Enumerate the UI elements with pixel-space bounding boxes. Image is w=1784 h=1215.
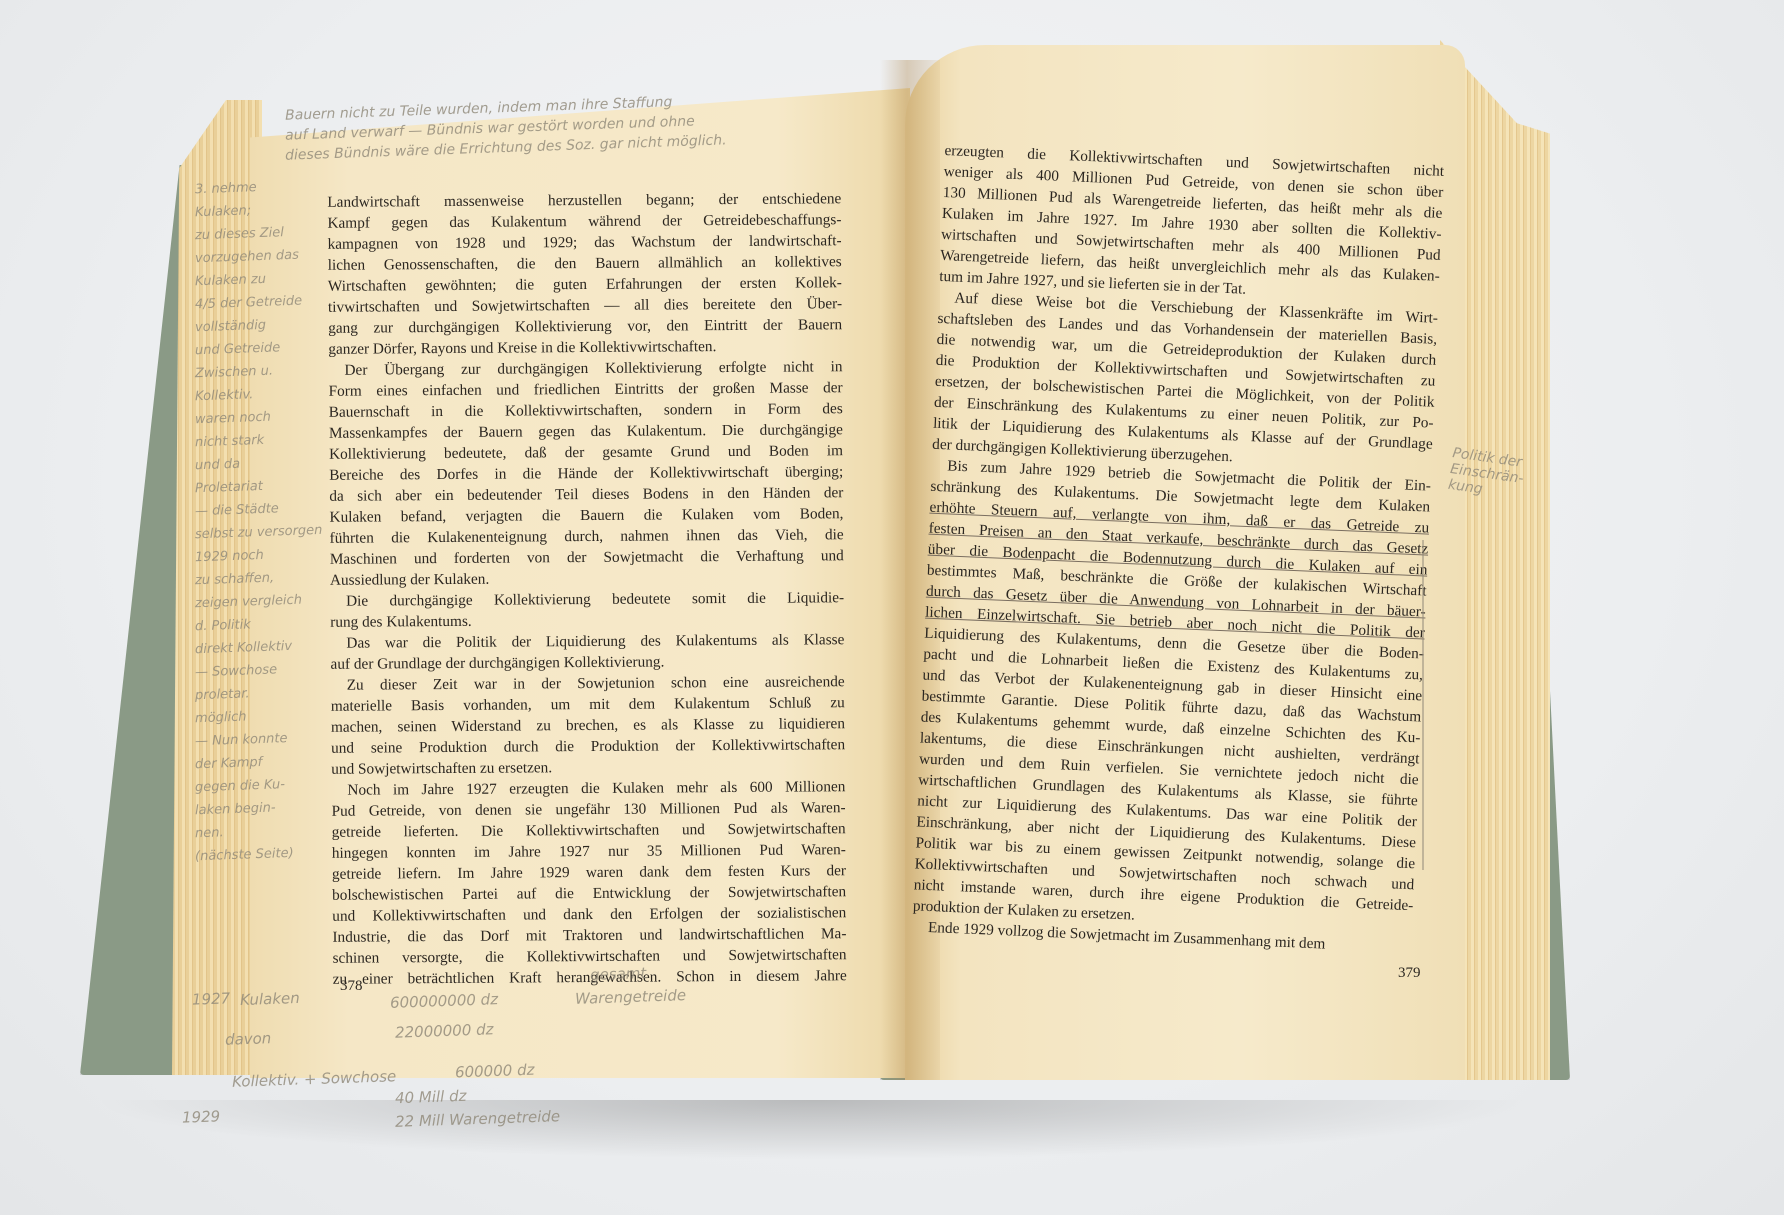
handwritten-note: vollständig [195,316,325,336]
handwritten-note: (nächste Seite) [195,845,325,865]
handwritten-note: zu dieses Ziel [195,224,325,244]
handwritten-note: d. Politik [195,615,325,635]
handwritten-note: direkt Kollektiv [195,638,325,658]
handwritten-note: und Getreide [195,339,325,359]
handwritten-note: Kulaken zu [195,270,325,290]
handwritten-note: laken begin- [195,799,325,819]
handwritten-note: 3. nehme [195,178,325,198]
handwritten-note: davon [225,1029,272,1049]
handwritten-note: — Nun konnte [195,730,325,750]
handwritten-note: gesamt [590,964,647,984]
handwritten-left-margin: 3. nehme Kulaken; zu dieses Ziel vorzuge… [195,180,325,870]
handwritten-top-notes: Bauern nicht zu Teile wurden, indem man … [285,100,727,160]
handwritten-note: 4/5 der Getreide [195,293,325,313]
handwritten-note: Kulaken; [195,201,325,221]
handwritten-note: 1929 noch [195,546,325,566]
handwritten-note: 40 Mill dz [395,1087,467,1107]
page-number-left: 378 [340,978,363,995]
text-line: Das war die Politik der Liquidierung des… [330,629,844,654]
handwritten-note: Zwischen u. [195,362,325,382]
handwritten-note: gegen die Ku- [195,776,325,796]
right-page-text: erzeugten die Kollektivwirtschaften und … [912,140,1445,958]
handwritten-note: zeigen vergleich [195,592,325,612]
book-shadow [90,1100,1540,1160]
text-line: und seine Produktion durch die Produktio… [331,734,845,759]
handwritten-note: — Sowchose [195,661,325,681]
text-line: Die durchgängige Kollektivierung bedeute… [330,587,844,612]
handwritten-note: nen. [195,822,325,842]
pencil-margin-line [1422,540,1424,870]
handwritten-note: nicht stark [195,431,325,451]
handwritten-note: vorzugehen das [195,247,325,267]
handwritten-note: zu schaffen, [195,569,325,589]
handwritten-note: Kulaken [240,989,300,1009]
handwritten-note: 600000 dz [455,1061,535,1082]
left-page-text: Landwirtschaft massenweise herzustellen … [327,188,847,990]
text-line: Maschinen und forderten von der Sowjetma… [330,545,844,570]
handwritten-note: 600000000 dz [390,990,499,1012]
handwritten-note: 1927 [192,989,231,1008]
handwritten-note: waren noch [195,408,325,428]
handwritten-note: Warengetreide [575,986,687,1008]
handwritten-note: und da [195,454,325,474]
handwritten-note: 22000000 dz [395,1020,494,1041]
handwritten-note: Proletariat [195,477,325,497]
handwritten-note: der Kampf [195,753,325,773]
text-line: gang zur durchgängigen Kollektivierung v… [328,314,842,339]
handwritten-note: — die Städte [195,500,325,520]
handwritten-note: möglich [195,707,325,727]
handwritten-right-margin: Politik der Einschrän- kung [1447,445,1527,503]
handwritten-note: 1929 [182,1107,221,1126]
handwritten-note: proletar. [195,684,325,704]
handwritten-note: Kollektiv. [195,385,325,405]
page-number-right: 379 [1398,965,1421,982]
handwritten-note: selbst zu versorgen [195,523,325,543]
